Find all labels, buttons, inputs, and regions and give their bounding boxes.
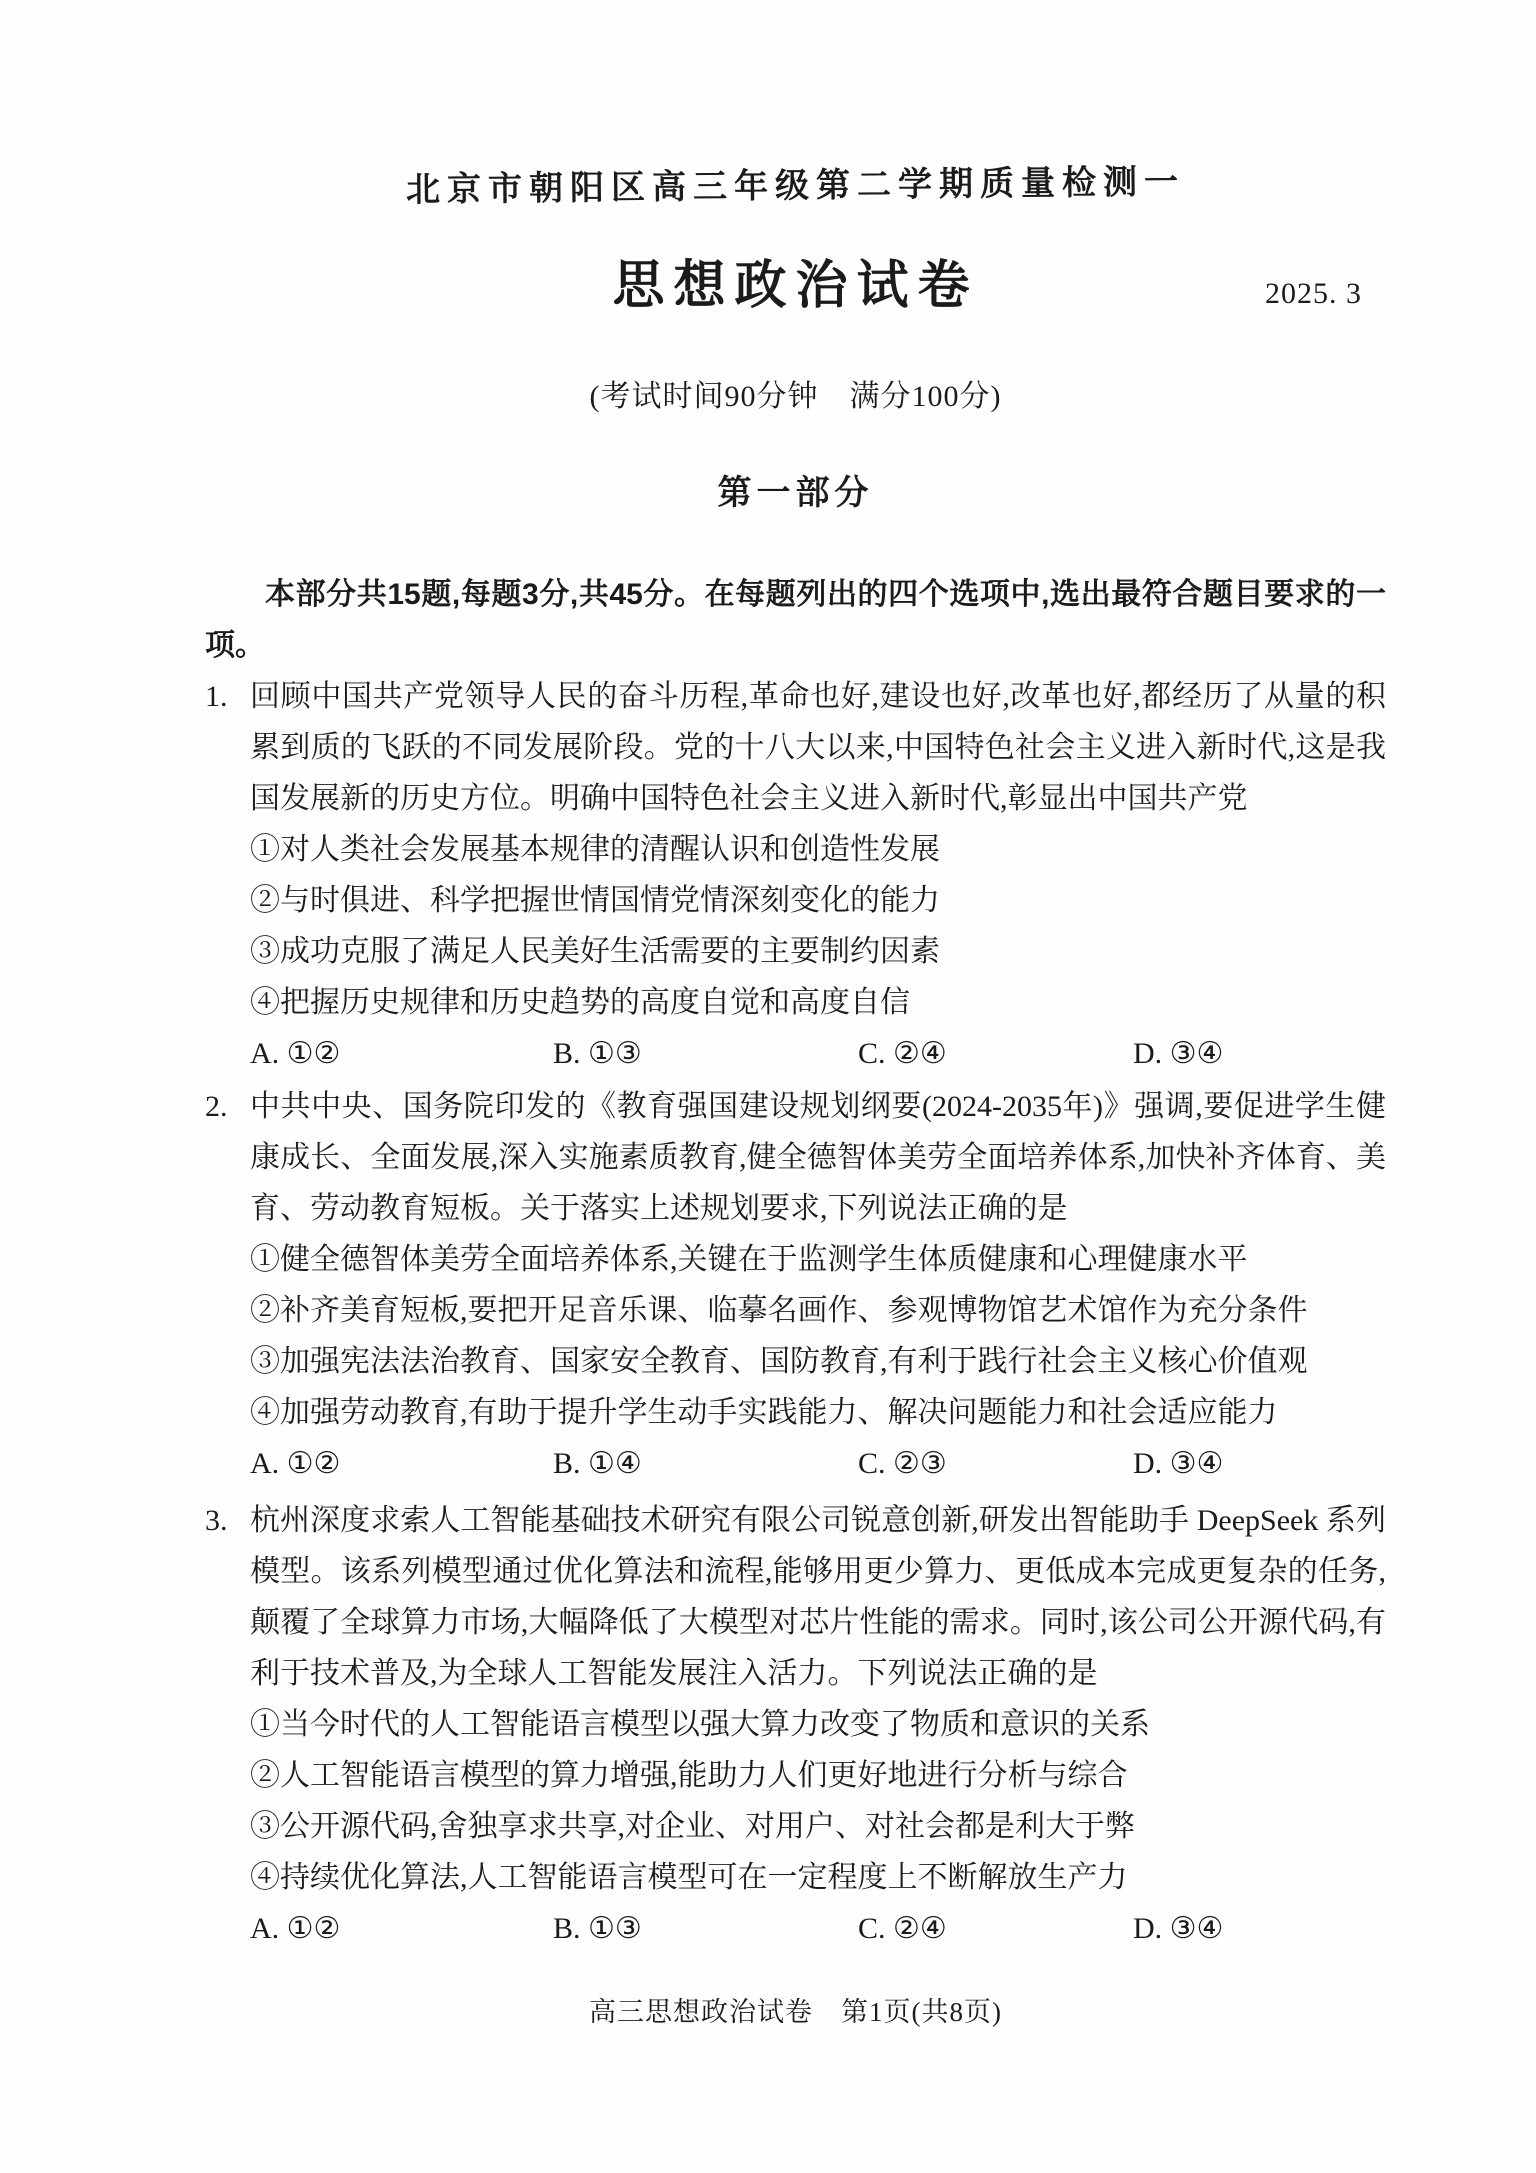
- exam-paper-page: 北京市朝阳区高三年级第二学期质量检测一 思想政治试卷 2025. 3 (考试时间…: [0, 0, 1536, 2173]
- question-1-choices: A. ①② B. ①③ C. ②④ D. ③④: [250, 1028, 1386, 1079]
- section-title: 第一部分: [205, 465, 1386, 514]
- page-content: 北京市朝阳区高三年级第二学期质量检测一 思想政治试卷 2025. 3 (考试时间…: [0, 158, 1536, 2029]
- page-title: 思想政治试卷: [612, 257, 978, 315]
- question-1-stem: 回顾中国共产党领导人民的奋斗历程,革命也好,建设也好,改革也好,都经历了从量的积…: [250, 671, 1386, 824]
- question-2-item-4: ④加强劳动教育,有助于提升学生动手实践能力、解决问题能力和社会适应能力: [250, 1387, 1386, 1438]
- question-1-choice-d: D. ③④: [1133, 1028, 1386, 1079]
- question-1-item-2: ②与时俱进、科学把握世情国情党情深刻变化的能力: [250, 875, 1386, 926]
- question-3-item-2: ②人工智能语言模型的算力增强,能助力人们更好地进行分析与综合: [250, 1750, 1386, 1801]
- question-3-choice-d: D. ③④: [1133, 1903, 1386, 1954]
- question-3-choice-a: A. ①②: [250, 1903, 553, 1954]
- question-3-item-1: ①当今时代的人工智能语言模型以强大算力改变了物质和意识的关系: [250, 1699, 1386, 1750]
- title-row: 思想政治试卷 2025. 3: [205, 257, 1386, 315]
- question-3: 3. 杭州深度求索人工智能基础技术研究有限公司锐意创新,研发出智能助手 Deep…: [205, 1495, 1386, 1954]
- question-3-choices: A. ①② B. ①③ C. ②④ D. ③④: [250, 1903, 1386, 1954]
- question-2-stem: 中共中央、国务院印发的《教育强国建设规划纲要(2024-2035年)》强调,要促…: [250, 1081, 1386, 1234]
- question-3-choice-b: B. ①③: [553, 1903, 858, 1954]
- section-intro: 本部分共15题,每题3分,共45分。在每题列出的四个选项中,选出最符合题目要求的…: [205, 569, 1386, 671]
- exam-header: 北京市朝阳区高三年级第二学期质量检测一: [205, 152, 1386, 213]
- question-1-item-1: ①对人类社会发展基本规律的清醒认识和创造性发展: [250, 824, 1386, 875]
- question-1-item-4: ④把握历史规律和历史趋势的高度自觉和高度自信: [250, 977, 1386, 1028]
- exam-info: (考试时间90分钟 满分100分): [205, 371, 1386, 415]
- question-3-number: 3.: [205, 1495, 250, 1954]
- question-2-number: 2.: [205, 1081, 250, 1489]
- question-2-choices: A. ①② B. ①④ C. ②③ D. ③④: [250, 1438, 1386, 1489]
- question-3-stem: 杭州深度求索人工智能基础技术研究有限公司锐意创新,研发出智能助手 DeepSee…: [250, 1495, 1386, 1699]
- question-1-choice-b: B. ①③: [553, 1028, 858, 1079]
- question-2-body: 中共中央、国务院印发的《教育强国建设规划纲要(2024-2035年)》强调,要促…: [250, 1081, 1386, 1489]
- exam-date: 2025. 3: [1265, 277, 1362, 311]
- question-1: 1. 回顾中国共产党领导人民的奋斗历程,革命也好,建设也好,改革也好,都经历了从…: [205, 671, 1386, 1079]
- question-2-choice-d: D. ③④: [1133, 1438, 1386, 1489]
- question-1-choice-a: A. ①②: [250, 1028, 553, 1079]
- page-footer: 高三思想政治试卷 第1页(共8页): [205, 1990, 1386, 2029]
- question-2-choice-a: A. ①②: [250, 1438, 553, 1489]
- question-1-number: 1.: [205, 671, 250, 1079]
- question-1-choice-c: C. ②④: [858, 1028, 1133, 1079]
- question-3-item-3: ③公开源代码,舍独享求共享,对企业、对用户、对社会都是利大于弊: [250, 1801, 1386, 1852]
- question-1-item-3: ③成功克服了满足人民美好生活需要的主要制约因素: [250, 926, 1386, 977]
- question-3-item-4: ④持续优化算法,人工智能语言模型可在一定程度上不断解放生产力: [250, 1852, 1386, 1903]
- question-3-body: 杭州深度求索人工智能基础技术研究有限公司锐意创新,研发出智能助手 DeepSee…: [250, 1495, 1386, 1954]
- question-2-choice-c: C. ②③: [858, 1438, 1133, 1489]
- question-3-choice-c: C. ②④: [858, 1903, 1133, 1954]
- question-1-body: 回顾中国共产党领导人民的奋斗历程,革命也好,建设也好,改革也好,都经历了从量的积…: [250, 671, 1386, 1079]
- question-2-choice-b: B. ①④: [553, 1438, 858, 1489]
- question-2-item-1: ①健全德智体美劳全面培养体系,关键在于监测学生体质健康和心理健康水平: [250, 1234, 1386, 1285]
- question-2: 2. 中共中央、国务院印发的《教育强国建设规划纲要(2024-2035年)》强调…: [205, 1081, 1386, 1489]
- question-2-item-3: ③加强宪法法治教育、国家安全教育、国防教育,有利于践行社会主义核心价值观: [250, 1336, 1386, 1387]
- question-2-item-2: ②补齐美育短板,要把开足音乐课、临摹名画作、参观博物馆艺术馆作为充分条件: [250, 1285, 1386, 1336]
